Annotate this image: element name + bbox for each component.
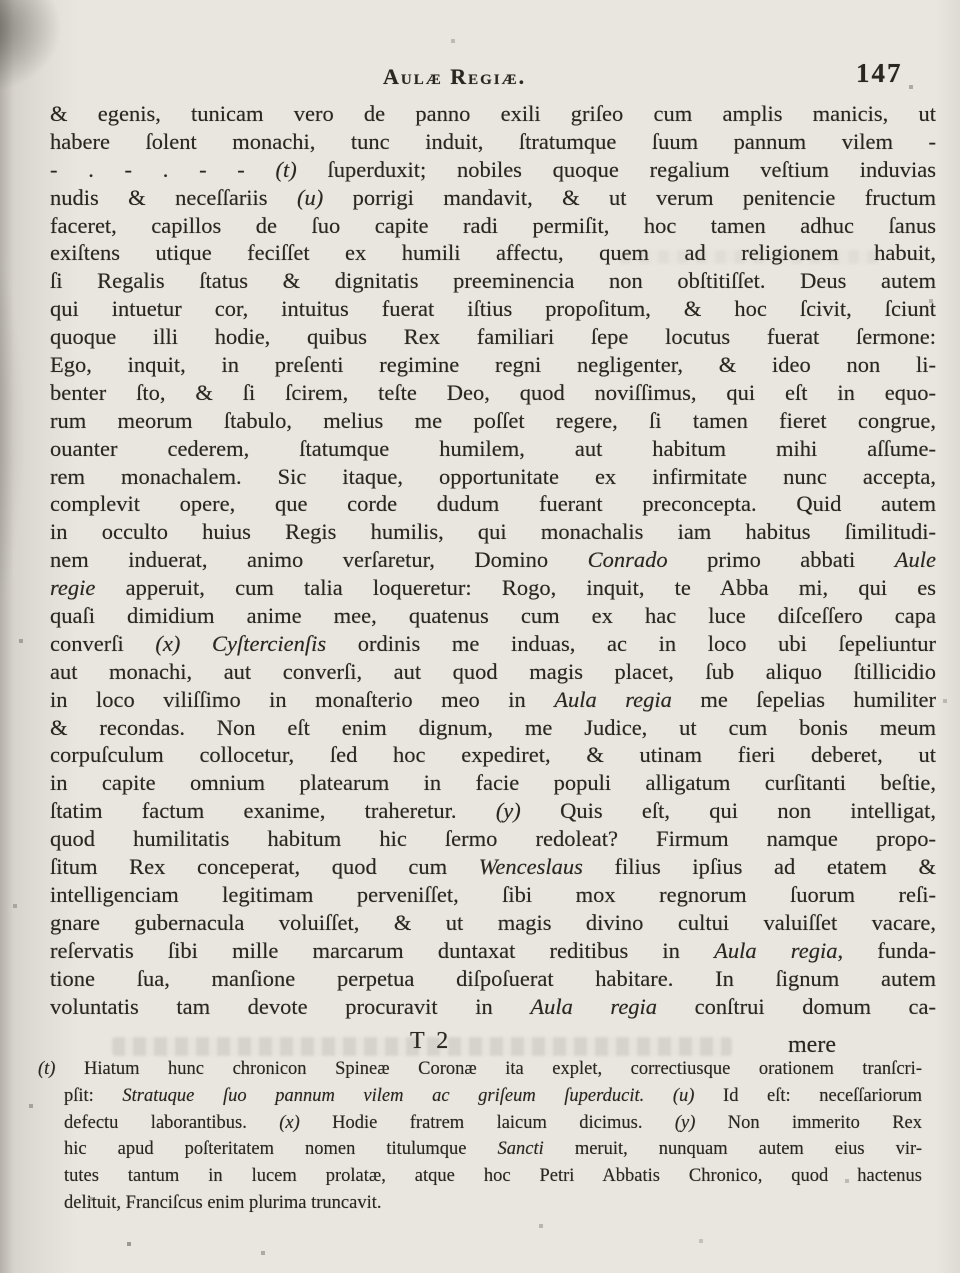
- text-line: quoque illi hodie, quibus Rex familiari …: [50, 323, 936, 351]
- footnote-line: pſit: Stratuque ſuo pannum vilem ac griſ…: [64, 1083, 922, 1110]
- text-line: ſitum Rex conceperat, quod cum Wenceslau…: [50, 853, 936, 881]
- text-line: quaſi dimidium anime mee, quatenus cum e…: [50, 602, 936, 630]
- text-line: & recondas. Non eſt enim dignum, me Judi…: [50, 714, 936, 742]
- italic-text-run: (y): [496, 798, 521, 823]
- text-line: exiſtens utique feciſſet ex humili affec…: [50, 239, 936, 267]
- text-run: ſitum Rex conceperat, quod cum: [50, 854, 479, 879]
- catchword: mere: [788, 1032, 836, 1059]
- text-line: quod humilitatis habitum hic ſermo redol…: [50, 825, 936, 853]
- text-run: Non immerito Rex: [695, 1113, 922, 1133]
- text-line: - . - . - - (t) ſuperduxit; nobiles quoq…: [50, 156, 936, 184]
- text-run: Id eſt: neceſſariorum: [694, 1086, 922, 1106]
- text-run: porrigi mandavit, & ut verum penitencie …: [323, 185, 936, 210]
- text-run: hic apud poſteritatem nomen titulumque: [64, 1139, 498, 1159]
- text-run: pſit:: [64, 1086, 122, 1106]
- footnotes-block: (t) Hiatum hunc chronicon Spineæ Coronæ …: [64, 1056, 922, 1217]
- text-run: Hodie fratrem laicum dicimus.: [300, 1113, 675, 1133]
- italic-text-run: regie: [50, 575, 95, 600]
- text-run: reſervatis ſibi mille marcarum duntaxat …: [50, 938, 714, 963]
- text-line: corpuſculum collocetur, ſed hoc expedire…: [50, 741, 936, 769]
- text-line: voluntatis tam devote procuravit in Aula…: [50, 993, 936, 1021]
- text-run: defectu laborantibus.: [64, 1113, 279, 1133]
- italic-text-run: (u): [673, 1086, 695, 1106]
- italic-text-run: Aule: [895, 547, 936, 572]
- footnote-line: delituit, Franciſcus enim plurima trunca…: [64, 1190, 922, 1217]
- text-run: gnare gubernacula voluiſſet, & ut magis …: [50, 910, 936, 935]
- text-run: in loco viliſſimo in monaſterio meo in: [50, 687, 554, 712]
- text-run: me ſepelias humiliter: [672, 687, 936, 712]
- text-line: intelligenciam legitimam perveniſſet, ſi…: [50, 881, 936, 909]
- text-run: Ego, inquit, in preſenti regimine regni …: [50, 352, 936, 377]
- text-run: nudis & neceſſariis: [50, 185, 297, 210]
- text-run: [644, 1086, 673, 1106]
- text-run: habere ſolent monachi, tunc induit, ſtra…: [50, 129, 936, 154]
- text-line: qui intuetur cor, intuitus fuerat iſtius…: [50, 295, 936, 323]
- text-run: faceret, capillos de ſuo capite radi per…: [50, 213, 936, 238]
- text-run: conſtrui domum ca-: [657, 994, 936, 1019]
- text-line: regie apperuit, cum talia loqueretur: Ro…: [50, 574, 936, 602]
- text-run: ſuperduxit; nobiles quoque regalium veſt…: [297, 157, 936, 182]
- italic-text-run: Aula regia: [530, 994, 657, 1019]
- text-line: converſi (x) Cyſtercienſis ordinis me in…: [50, 630, 936, 658]
- text-run: tutes tantum in lucem prolatæ, atque hoc…: [64, 1166, 922, 1186]
- text-run: filius ipſius ad etatem &: [583, 854, 936, 879]
- italic-text-run: (y): [675, 1113, 696, 1133]
- ink-speckles: [0, 0, 2, 2]
- text-run: quoque illi hodie, quibus Rex familiari …: [50, 324, 936, 349]
- text-line: in occulto huius Regis humilis, qui mona…: [50, 518, 936, 546]
- footnote-line: hic apud poſteritatem nomen titulumque S…: [64, 1136, 922, 1163]
- text-run: Hiatum hunc chronicon Spineæ Coronæ ita …: [55, 1059, 922, 1079]
- text-line: Ego, inquit, in preſenti regimine regni …: [50, 351, 936, 379]
- text-run: intelligenciam legitimam perveniſſet, ſi…: [50, 882, 936, 907]
- text-run: tione ſua, manſione perpetua diſpoſuerat…: [50, 966, 936, 991]
- italic-text-run: (x): [155, 631, 180, 656]
- text-run: converſi: [50, 631, 155, 656]
- text-run: in capite omnium platearum in facie popu…: [50, 770, 936, 795]
- italic-text-run: (t): [276, 157, 297, 182]
- italic-text-run: (t): [38, 1059, 55, 1079]
- italic-text-run: Wenceslaus: [479, 854, 583, 879]
- text-run: delituit, Franciſcus enim plurima trunca…: [64, 1193, 382, 1213]
- text-line: gnare gubernacula voluiſſet, & ut magis …: [50, 909, 936, 937]
- text-line: ſi Regalis ſtatus & dignitatis preeminen…: [50, 267, 936, 295]
- text-line: & egenis, tunicam vero de panno exili gr…: [50, 100, 936, 128]
- italic-text-run: Aula regia: [714, 938, 837, 963]
- text-run: & recondas. Non eſt enim dignum, me Judi…: [50, 715, 936, 740]
- italic-text-run: Conrado: [588, 547, 668, 572]
- italic-text-run: (u): [297, 185, 323, 210]
- text-run: , funda-: [837, 938, 936, 963]
- scanned-book-page: Aulæ Regiæ. 147 & egenis, tunicam vero d…: [0, 0, 960, 1273]
- text-line: nem induerat, animo verſaretur, Domino C…: [50, 546, 936, 574]
- text-run: nem induerat, animo verſaretur, Domino: [50, 547, 588, 572]
- text-run: ordinis me induas, ac in loco ubi ſepeli…: [326, 631, 936, 656]
- text-run: apperuit, cum talia loqueretur: Rogo, in…: [95, 575, 936, 600]
- text-run: complevit opere, que corde dudum fuerant…: [50, 491, 936, 516]
- text-run: ſtatim factum exanime, traheretur.: [50, 798, 496, 823]
- footnote-line: tutes tantum in lucem prolatæ, atque hoc…: [64, 1163, 922, 1190]
- text-run: quaſi dimidium anime mee, quatenus cum e…: [50, 603, 936, 628]
- text-line: in loco viliſſimo in monaſterio meo in A…: [50, 686, 936, 714]
- text-run: primo abbati: [668, 547, 895, 572]
- text-line: aut monachi, aut converſi, aut quod magi…: [50, 658, 936, 686]
- text-line: ſtatim factum exanime, traheretur. (y) Q…: [50, 797, 936, 825]
- text-run: ouanter cederem, ſtatumque humilem, aut …: [50, 436, 936, 461]
- text-run: ſi Regalis ſtatus & dignitatis preeminen…: [50, 268, 936, 293]
- text-run: [180, 631, 212, 656]
- italic-text-run: Aula regia: [554, 687, 672, 712]
- text-line: rem monachalem. Sic itaque, opportunitat…: [50, 463, 936, 491]
- text-line: ouanter cederem, ſtatumque humilem, aut …: [50, 435, 936, 463]
- text-run: in occulto huius Regis humilis, qui mona…: [50, 519, 936, 544]
- running-title: Aulæ Regiæ.: [383, 64, 526, 90]
- text-run: - . - . - -: [50, 157, 276, 182]
- text-run: qui intuetur cor, intuitus fuerat iſtius…: [50, 296, 936, 321]
- text-run: exiſtens utique feciſſet ex humili affec…: [50, 240, 936, 265]
- italic-text-run: (x): [279, 1113, 300, 1133]
- text-run: voluntatis tam devote procuravit in: [50, 994, 530, 1019]
- text-line: nudis & neceſſariis (u) porrigi mandavit…: [50, 184, 936, 212]
- text-run: quod humilitatis habitum hic ſermo redol…: [50, 826, 936, 851]
- page-number: 147: [856, 58, 903, 89]
- italic-text-run: Cyſtercienſis: [212, 631, 326, 656]
- text-run: corpuſculum collocetur, ſed hoc expedire…: [50, 742, 936, 767]
- main-text-block: & egenis, tunicam vero de panno exili gr…: [50, 100, 936, 1020]
- text-run: rem monachalem. Sic itaque, opportunitat…: [50, 464, 936, 489]
- footnote-line: (t) Hiatum hunc chronicon Spineæ Coronæ …: [38, 1056, 922, 1083]
- italic-text-run: Sancti: [498, 1139, 544, 1159]
- text-line: complevit opere, que corde dudum fuerant…: [50, 490, 936, 518]
- text-run: benter ſto, & ſi ſcirem, teſte Deo, quod…: [50, 380, 936, 405]
- italic-text-run: Stratuque ſuo pannum vilem ac griſeum ſu…: [122, 1086, 644, 1106]
- signature-row: T 2 mere: [0, 1028, 960, 1058]
- text-run: meruit, nunquam autem eius vir-: [544, 1139, 922, 1159]
- text-line: faceret, capillos de ſuo capite radi per…: [50, 212, 936, 240]
- text-run: & egenis, tunicam vero de panno exili gr…: [50, 101, 936, 126]
- text-line: habere ſolent monachi, tunc induit, ſtra…: [50, 128, 936, 156]
- footnote-line: defectu laborantibus. (x) Hodie fratrem …: [64, 1110, 922, 1137]
- text-line: benter ſto, & ſi ſcirem, teſte Deo, quod…: [50, 379, 936, 407]
- text-line: in capite omnium platearum in facie popu…: [50, 769, 936, 797]
- signature-mark: T 2: [410, 1028, 451, 1055]
- text-line: reſervatis ſibi mille marcarum duntaxat …: [50, 937, 936, 965]
- text-run: aut monachi, aut converſi, aut quod magi…: [50, 659, 936, 684]
- text-run: Quis eſt, qui non intelligat,: [521, 798, 936, 823]
- text-line: rum meorum ſtabulo, melius me poſſet reg…: [50, 407, 936, 435]
- text-run: rum meorum ſtabulo, melius me poſſet reg…: [50, 408, 936, 433]
- text-line: tione ſua, manſione perpetua diſpoſuerat…: [50, 965, 936, 993]
